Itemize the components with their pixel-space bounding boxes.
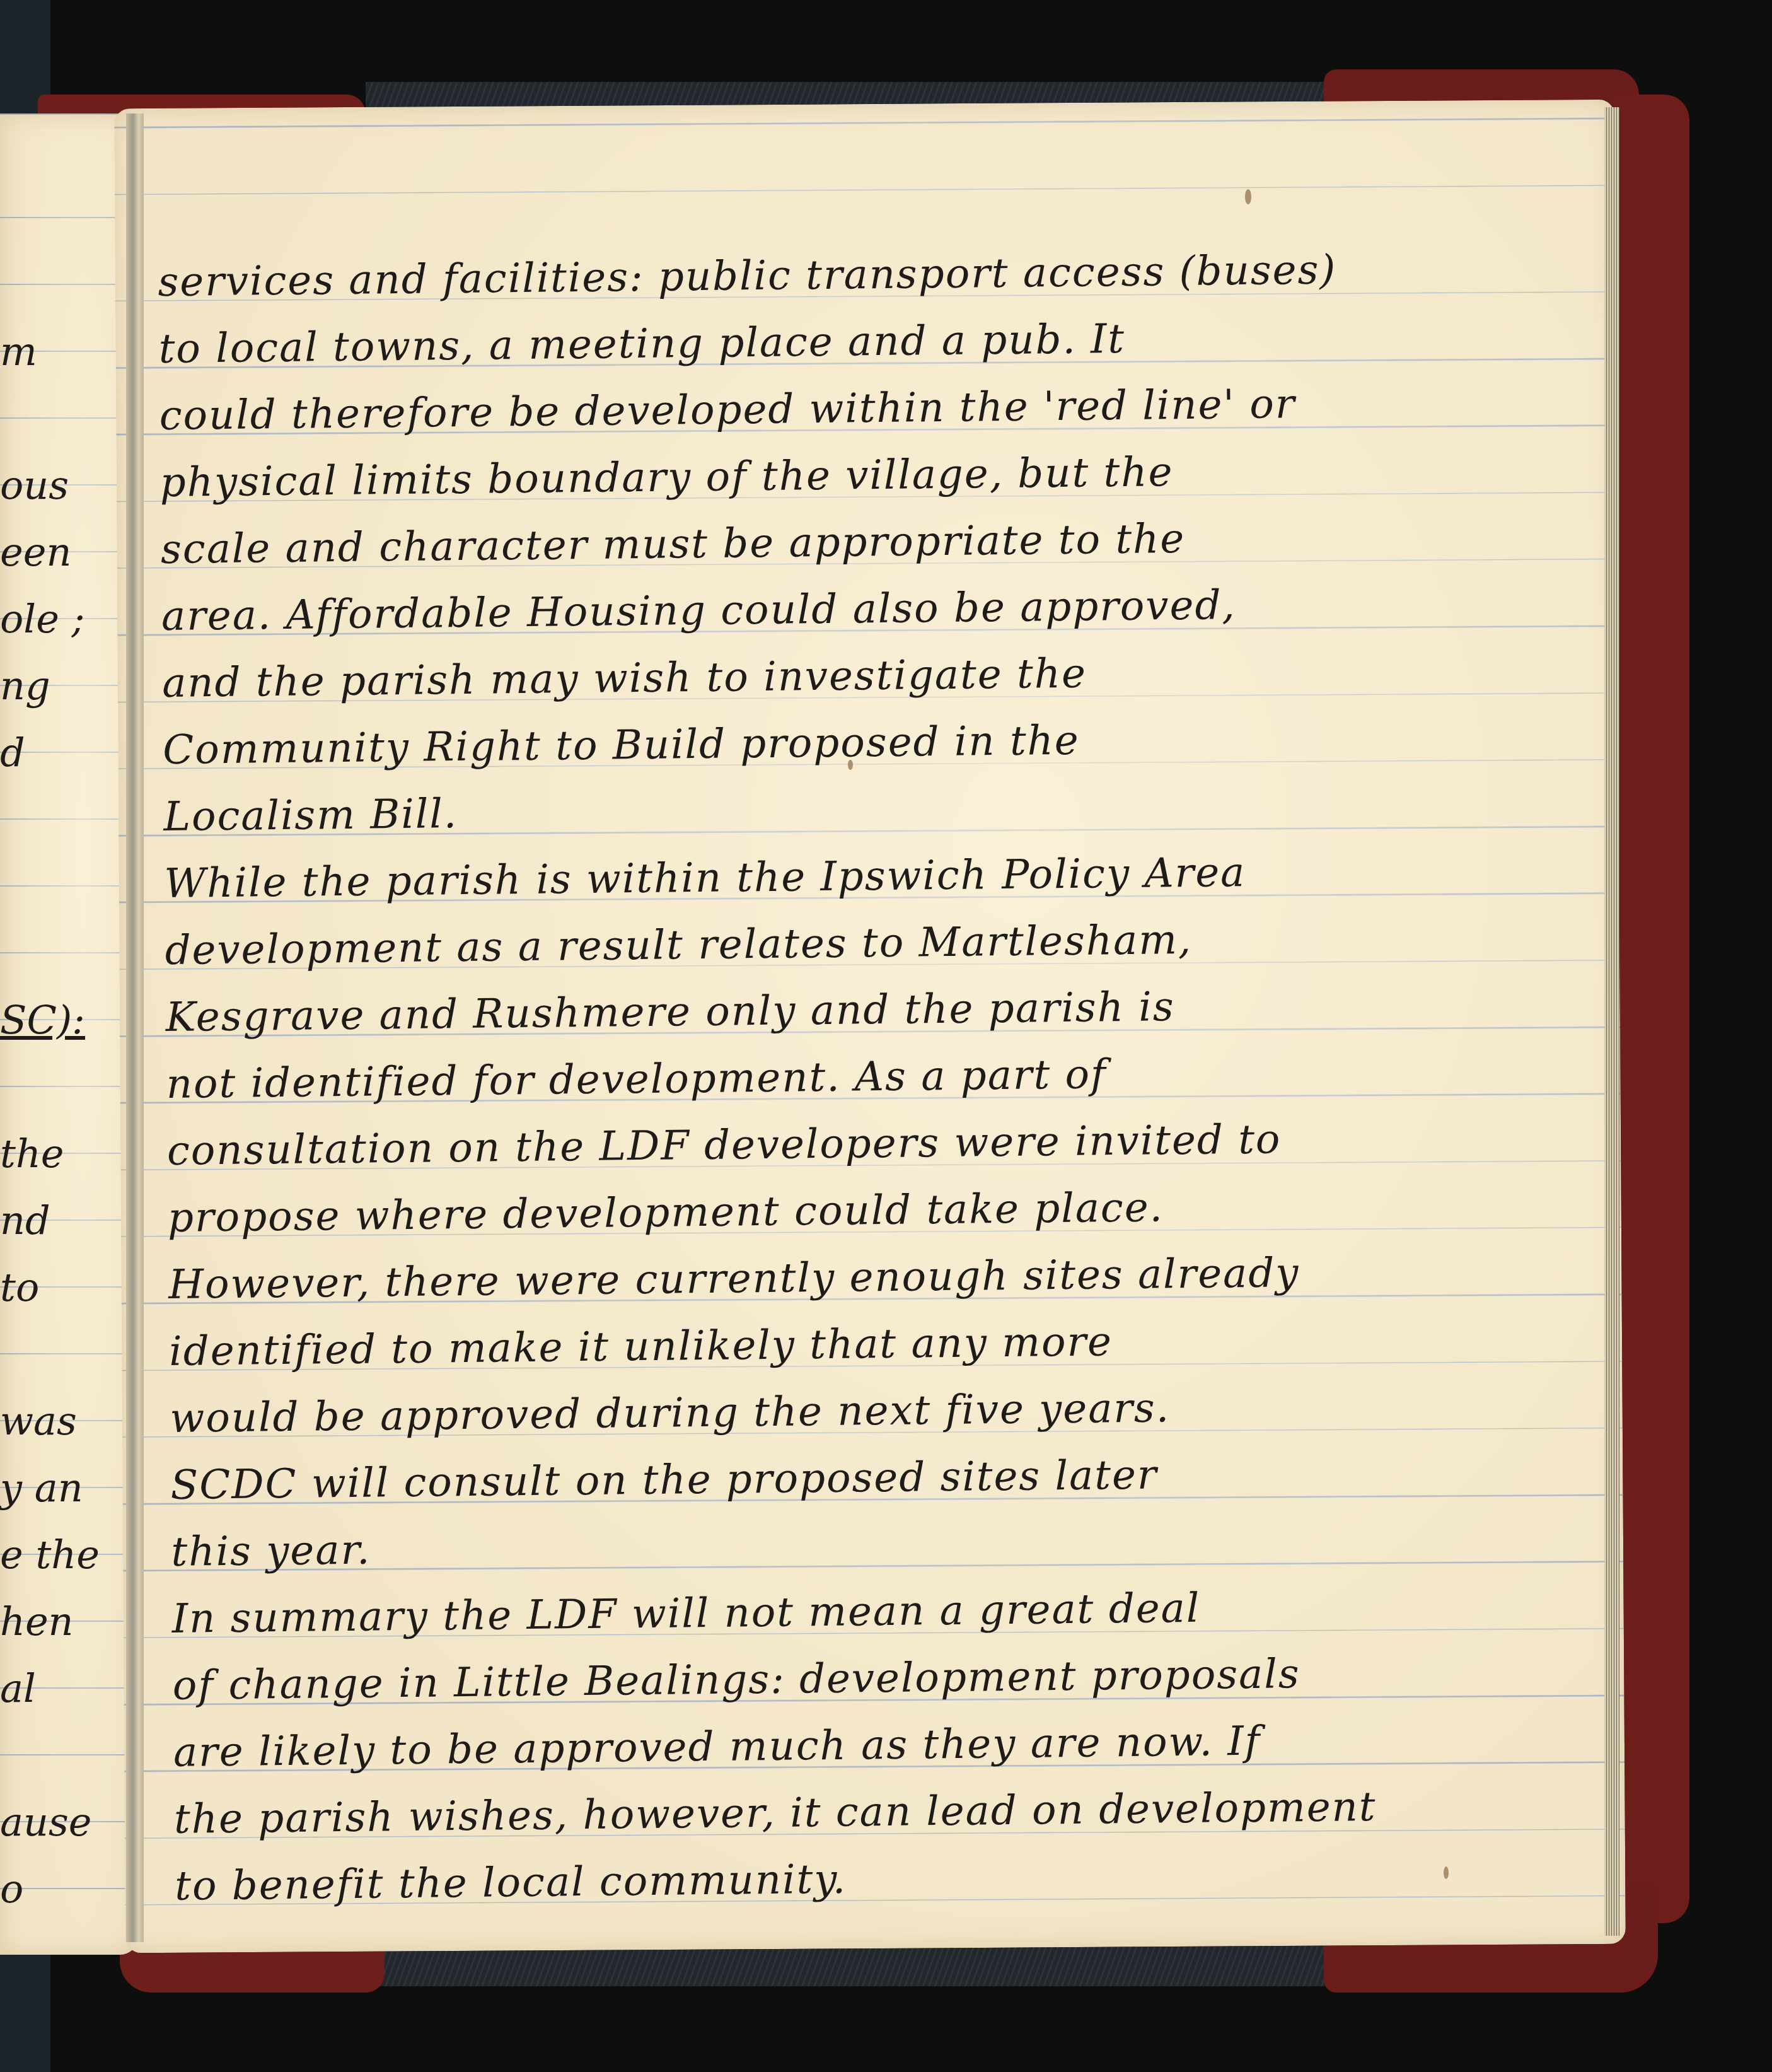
left-fragment: was — [0, 1388, 126, 1455]
left-page-text: m ous een ole ; ng d SC): the nd to was … — [0, 318, 126, 1923]
left-fragment: hen — [0, 1588, 126, 1655]
left-fragment: ause — [0, 1789, 126, 1856]
left-fragment — [0, 786, 126, 853]
left-fragment: o — [0, 1856, 126, 1923]
left-fragment: d — [0, 719, 126, 786]
left-fragment: SC): — [0, 987, 126, 1054]
left-fragment: y an — [0, 1455, 126, 1522]
left-fragment: m — [0, 318, 126, 385]
cover-right-edge — [1614, 95, 1689, 1923]
left-fragment: een — [0, 519, 126, 586]
paper-stain — [1245, 189, 1251, 204]
left-fragment: the — [0, 1120, 126, 1187]
left-fragment — [0, 1722, 126, 1789]
left-fragment — [0, 853, 126, 920]
left-fragment: nd — [0, 1187, 126, 1254]
handwritten-text: services and facilities: public transpor… — [158, 234, 1625, 1920]
binding-gutter — [126, 113, 144, 1942]
left-fragment — [0, 385, 126, 452]
left-fragment: ng — [0, 653, 126, 719]
left-fragment: to — [0, 1254, 126, 1321]
left-fragment: ole ; — [0, 586, 126, 653]
left-fragment — [0, 1321, 126, 1388]
left-fragment: al — [0, 1655, 126, 1722]
left-fragment — [0, 1054, 126, 1120]
left-fragment: ous — [0, 452, 126, 519]
left-fragment — [0, 920, 126, 987]
notebook-scan: m ous een ole ; ng d SC): the nd to was … — [0, 0, 1772, 2072]
left-fragment: e the — [0, 1522, 126, 1588]
